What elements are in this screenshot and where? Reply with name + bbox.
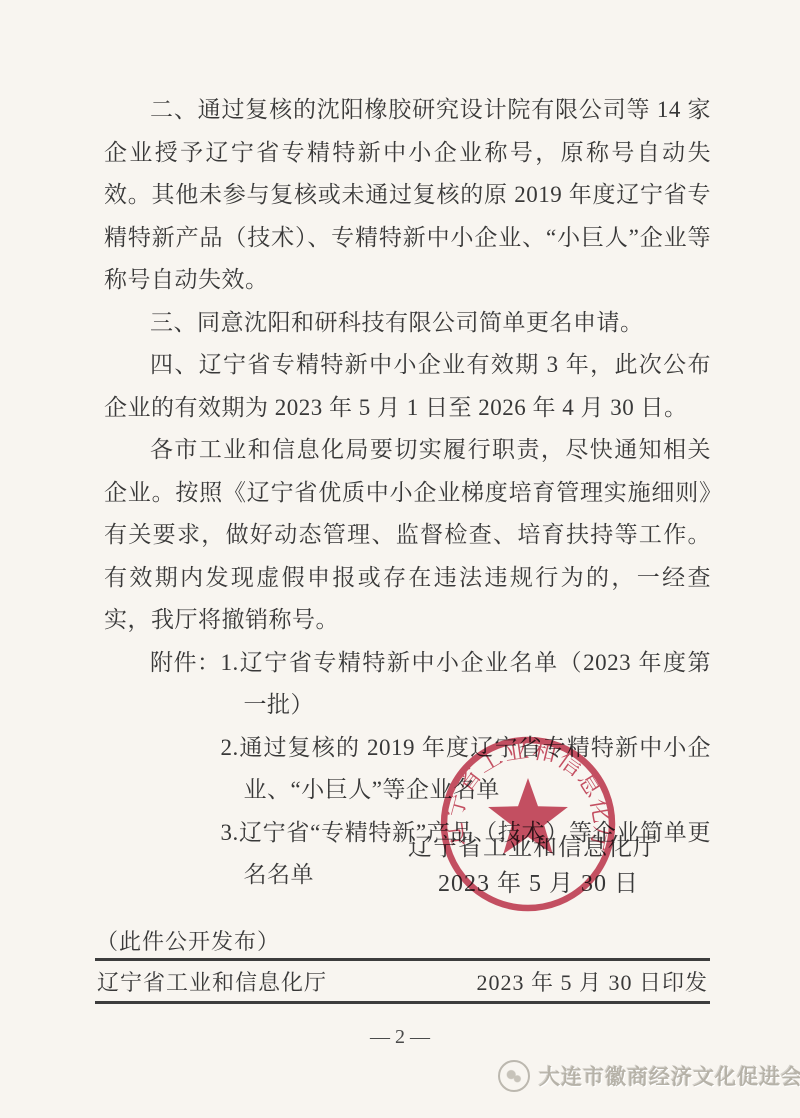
footer-print-date: 2023 年 5 月 30 日印发 [476,966,708,997]
watermark: 大连市徽商经济文化促进会 [498,1060,800,1092]
paragraph-validity-period: 四、辽宁省专精特新中小企业有效期 3 年，此次公布企业的有效期为 2023 年 … [104,344,711,429]
paragraph-rename-approval: 三、同意沈阳和研科技有限公司简单更名申请。 [104,302,711,345]
attachments-label: 附件： [150,642,221,685]
document-page: 二、通过复核的沈阳橡胶研究设计院有限公司等 14 家企业授予辽宁省专精特新中小企… [0,0,800,1118]
paragraph-review-results: 二、通过复核的沈阳橡胶研究设计院有限公司等 14 家企业授予辽宁省专精特新中小企… [104,89,711,302]
page-number: — 2 — [0,1026,800,1049]
attachment-item-1: 1.辽宁省专精特新中小企业名单（2023 年度第一批） [221,642,712,727]
publish-note: （此件公开发布） [96,925,280,956]
official-seal-stamp-icon: 辽宁省工业和信息化厅 [436,732,620,916]
watermark-logo-icon [498,1060,530,1092]
footer-issuer: 辽宁省工业和信息化厅 [97,966,327,997]
watermark-text: 大连市徽商经济文化促进会 [539,1061,800,1091]
paragraph-requirements: 各市工业和信息化局要切实履行职责，尽快通知相关企业。按照《辽宁省优质中小企业梯度… [104,429,711,642]
footer-strip: 辽宁省工业和信息化厅 2023 年 5 月 30 日印发 [95,958,710,1004]
seal-star-icon [488,778,568,854]
